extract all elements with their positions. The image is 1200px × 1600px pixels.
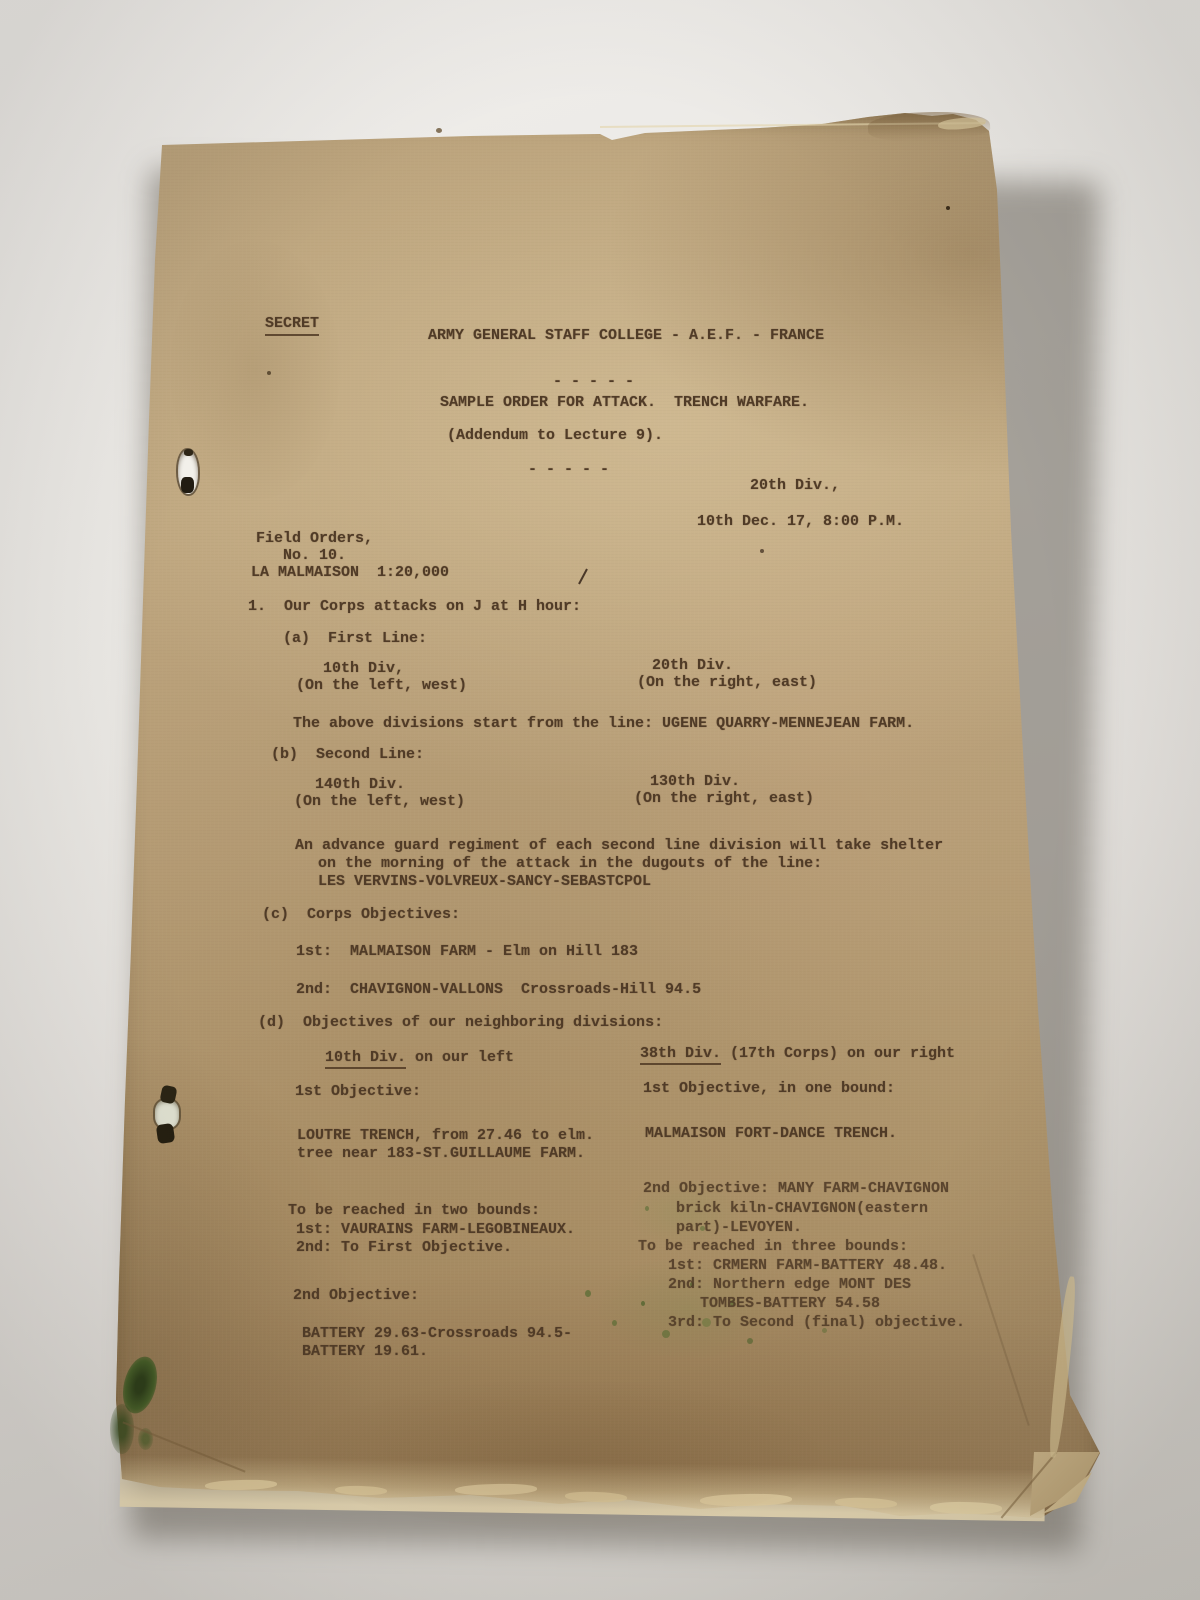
corps-objective-1: 1st: MALMAISON FARM - Elm on Hill 183 [296,944,638,961]
right-column-header-rest: (17th Corps) on our right [721,1045,955,1062]
right-bound-2: 2nd: Northern edge MONT DES [668,1277,911,1294]
right-bounds-label: To be reached in three bounds: [638,1239,908,1256]
right-obj1-line1: MALMAISON FORT-DANCE TRENCH. [645,1126,897,1143]
right-obj2-line3: part)-LEVOYEN. [676,1220,802,1237]
right-obj2-line2: brick kiln-CHAVIGNON(eastern [676,1201,928,1218]
left-bounds-label: To be reached in two bounds: [288,1203,540,1220]
left-obj1-line2: tree near 183-ST.GUILLAUME FARM. [297,1146,585,1163]
left-column-header-division: 10th Div. [325,1049,406,1069]
second-line-right-note: (On the right, east) [634,791,814,808]
green-speck [747,1338,753,1344]
advance-guard-line2: on the morning of the attack in the dugo… [318,856,822,873]
right-column-header: 38th Div. (17th Corps) on our right [640,1046,955,1063]
first-line-left-note: (On the left, west) [296,678,467,695]
advance-guard-line1: An advance guard regiment of each second… [295,838,943,855]
punch-hole-top-dark [181,477,194,493]
advance-guard-line3: LES VERVINS-VOLVREUX-SANCY-SEBASTCPOL [318,874,651,891]
addendum-note: (Addendum to Lecture 9). [447,428,663,445]
map-reference: LA MALMAISON 1:20,000 [251,565,449,582]
second-line-left-note: (On the left, west) [294,794,465,811]
date-time: 10th Dec. 17, 8:00 P.M. [697,514,904,531]
right-bound-1: 1st: CRMERN FARM-BATTERY 48.48. [668,1258,947,1275]
doc-title: SAMPLE ORDER FOR ATTACK. TRENCH WARFARE. [440,395,809,412]
left-column-header: 10th Div. on our left [325,1050,514,1067]
photo-of-document: SECRET ARMY GENERAL STAFF COLLEGE - A.E.… [0,0,1200,1600]
left-obj2-line1: BATTERY 29.63-Crossroads 94.5- [302,1326,572,1343]
left-bound-1: 1st: VAURAINS FARM-LEGOBINEAUX. [296,1222,575,1239]
right-bound-3: 3rd: To Second (final) objective. [668,1315,965,1332]
stain-top-left [170,240,340,500]
right-bound-2-cont: TOMBES-BATTERY 54.58 [700,1296,880,1313]
left-obj1-line1: LOUTRE TRENCH, from 27.46 to elm. [297,1128,594,1145]
green-speck [645,1206,649,1211]
green-speck [585,1290,591,1297]
left-bound-2: 2nd: To First Objective. [296,1240,512,1257]
speck [946,206,950,210]
start-line-sentence: The above divisions start from the line:… [293,716,914,733]
speck [760,549,764,553]
corps-objective-2: 2nd: CHAVIGNON-VALLONS Crossroads-Hill 9… [296,982,701,999]
green-speck [641,1301,645,1306]
left-obj2-line2: BATTERY 19.61. [302,1344,428,1361]
college-heading: ARMY GENERAL STAFF COLLEGE - A.E.F. - FR… [428,328,824,345]
separator-dashes: - - - - - [553,374,634,391]
section-d-label: (d) Objectives of our neighboring divisi… [258,1015,663,1032]
section-c-label: (c) Corps Objectives: [262,907,460,924]
field-orders-line1: Field Orders, [256,531,373,548]
classification-label: SECRET [265,316,319,336]
issuing-division: 20th Div., [750,478,840,495]
paragraph-1: 1. Our Corps attacks on J at H hour: [248,599,581,616]
speck [267,371,271,375]
first-line-right-note: (On the right, east) [637,675,817,692]
first-line-right-division: 20th Div. [652,658,733,675]
speck [436,128,442,133]
second-line-left-division: 140th Div. [315,777,405,794]
right-obj1-label: 1st Objective, in one bound: [643,1081,895,1098]
section-a-label: (a) First Line: [283,631,427,648]
first-line-left-division: 10th Div, [323,661,404,678]
second-line-right-division: 130th Div. [650,774,740,791]
field-orders-line2: No. 10. [283,548,346,565]
punch-hole-bottom-dark-bot [156,1123,175,1144]
stain-bottom [300,1380,820,1530]
section-b-label: (b) Second Line: [271,747,424,764]
left-obj1-label: 1st Objective: [295,1084,421,1101]
left-column-header-rest: on our left [406,1049,514,1066]
green-speck [612,1320,617,1326]
separator-dashes: - - - - - [528,462,609,479]
right-obj2-line1: 2nd Objective: MANY FARM-CHAVIGNON [643,1181,949,1198]
right-column-header-division: 38th Div. [640,1045,721,1065]
green-stain [110,1404,134,1454]
left-obj2-label: 2nd Objective: [293,1288,419,1305]
